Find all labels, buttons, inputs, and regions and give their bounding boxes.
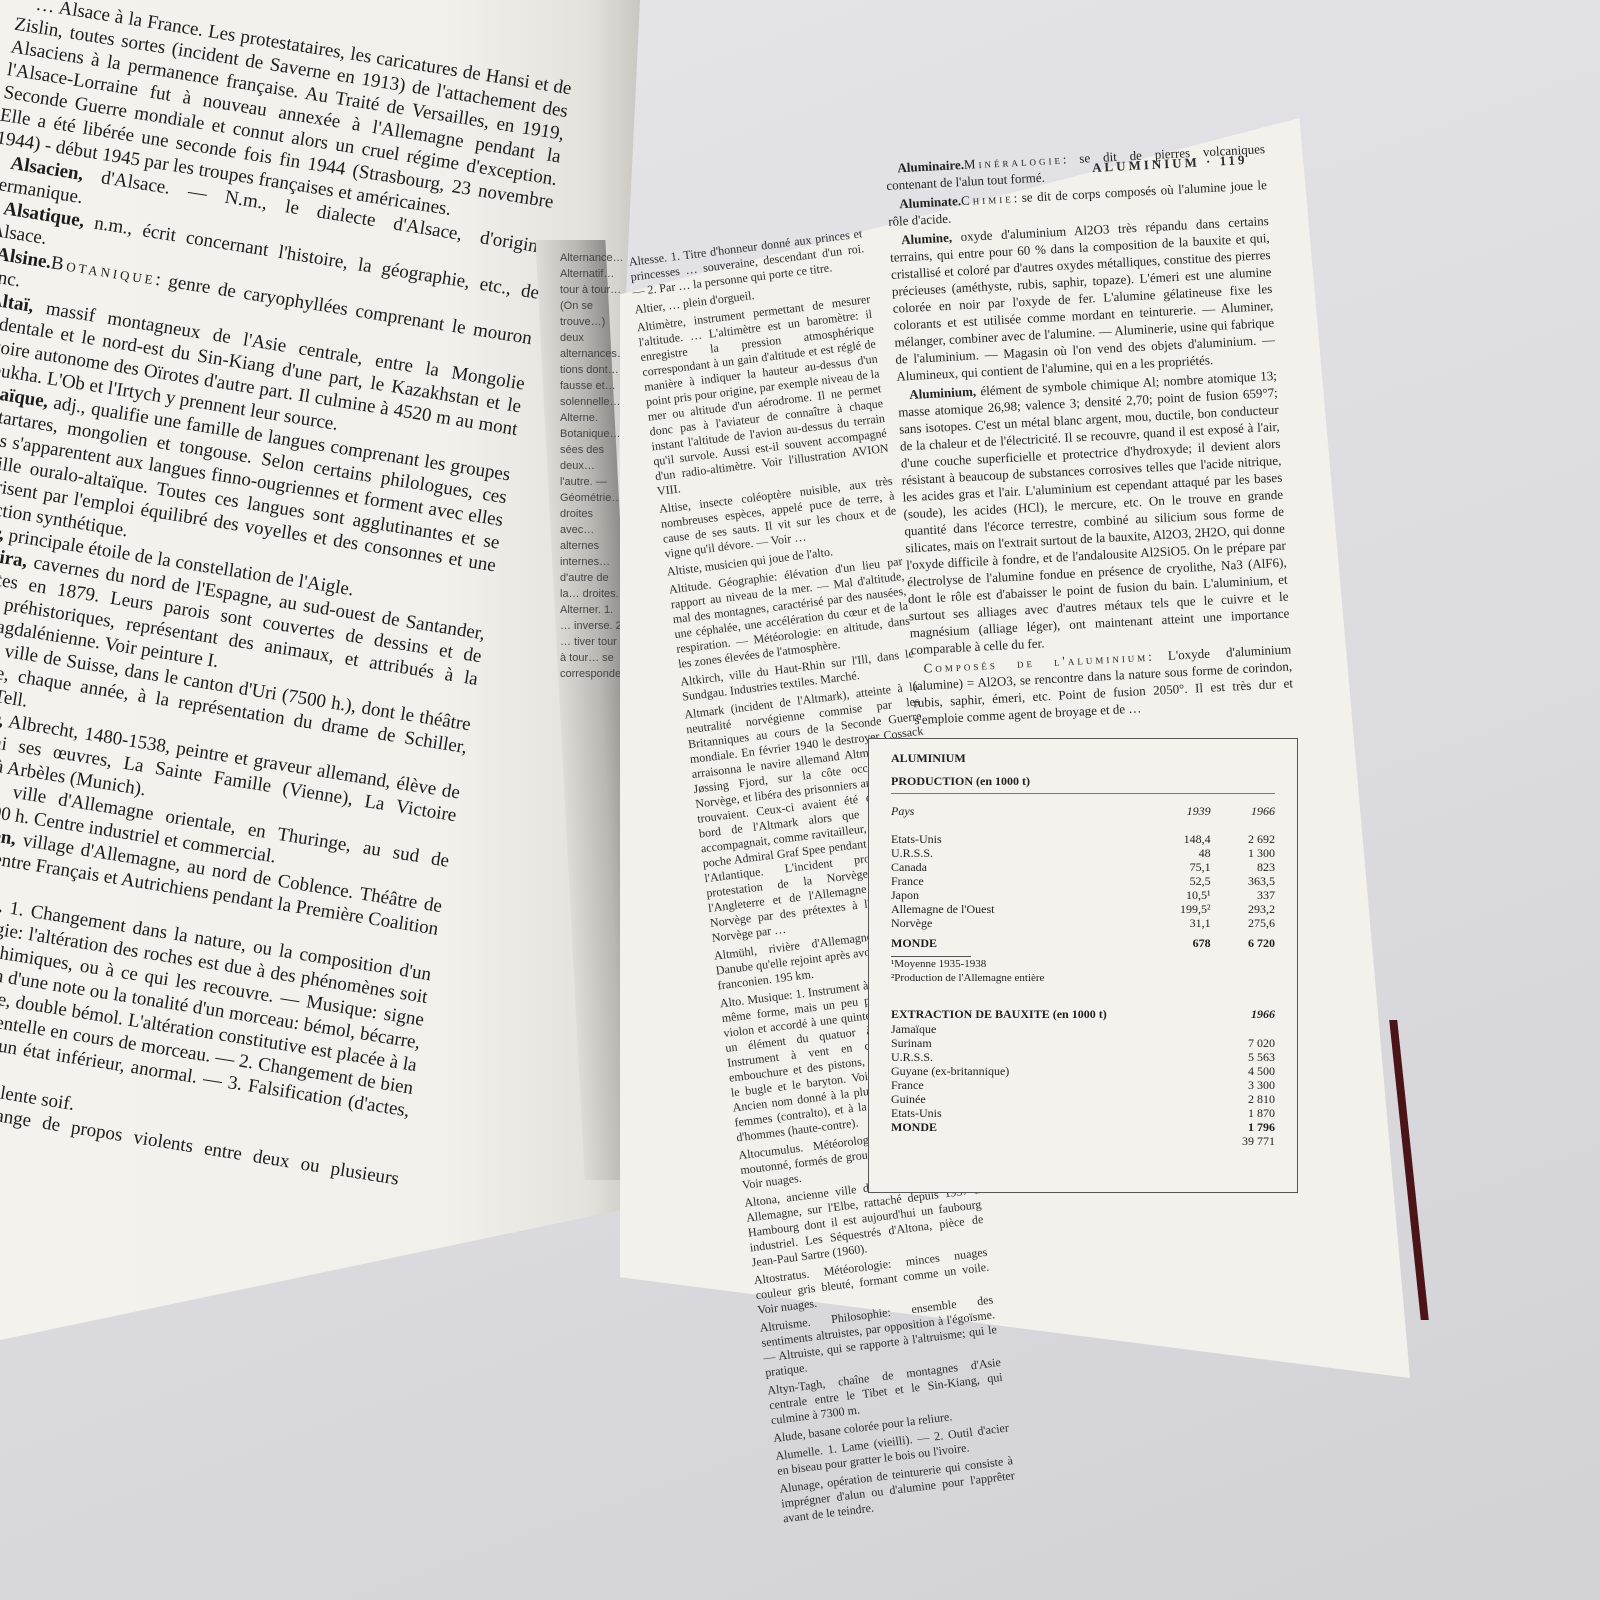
table-cell: U.R.S.S. [891,1050,1191,1064]
table-cell: Etats-Unis [891,832,1138,846]
table-cell: 678 [1138,930,1211,950]
aluminium-statistics-box: ALUMINIUM PRODUCTION (en 1000 t) Pays 19… [868,738,1298,1193]
table-header-row: Pays 1939 1966 [891,798,1275,826]
table-row: Canada75,1823 [891,860,1275,874]
table-cell: Canada [891,860,1138,874]
table-cell: 48 [1138,846,1211,860]
header-cell: 1966 [1211,798,1275,826]
table-cell: Japon [891,888,1138,902]
entry-domain-label: Chimie [961,190,1014,208]
table-cell: 5 563 [1191,1050,1275,1064]
footnote-1: ¹Moyenne 1935-1938 [891,957,1275,971]
table-row: Guyane (ex-britannique)4 500 [891,1064,1275,1078]
table-cell: France [891,1078,1191,1092]
table-title: ALUMINIUM [891,751,1275,766]
gutter-column-text: Alternance… Alternatif… tour à tour… (On… [560,250,625,1170]
bauxite-header: EXTRACTION DE BAUXITE (en 1000 t) 1966 [891,1007,1275,1022]
footnotes: ¹Moyenne 1935-1938 ²Production de l'Alle… [891,956,1275,985]
table-cell: 6 720 [1211,930,1275,950]
table-cell: MONDE [891,1120,1191,1134]
table-cell: Norvège [891,916,1138,930]
table-cell: 7 020 [1191,1036,1275,1050]
table-cell: 4 500 [1191,1064,1275,1078]
table-cell: France [891,874,1138,888]
table-row: Etats-Unis1 870 [891,1106,1275,1120]
table-row: U.R.S.S.481 300 [891,846,1275,860]
entry-domain-label: Minéralogie [964,152,1064,172]
header-cell: Pays [891,798,1138,826]
entry-headword: Alumine, [901,230,953,248]
table-cell: 823 [1211,860,1275,874]
table-cell: 2 692 [1211,832,1275,846]
world-total-row: MONDE6786 720 [891,930,1275,950]
table-cell: 275,6 [1211,916,1275,930]
header-cell: 1939 [1138,798,1211,826]
table-row: Japon10,5¹337 [891,888,1275,902]
entry-headword: Aluminium, [909,384,977,402]
entry-text: élément de symbole chimique Al; nombre a… [898,368,1290,658]
table-row: France52,5363,5 [891,874,1275,888]
table-cell: 52,5 [1138,874,1211,888]
dictionary-entry: Aluminium, élément de symbole chimique A… [897,367,1291,659]
right-page-column-b: Aluminaire.Minéralogie: se dit de pierre… [885,140,1294,730]
table-cell: Etats-Unis [891,1106,1191,1120]
table-cell: 148,4 [1138,832,1211,846]
bauxite-subtitle: EXTRACTION DE BAUXITE (en 1000 t) [891,1007,1107,1022]
table-cell: 337 [1211,888,1275,902]
bauxite-year: 1966 [1251,1007,1275,1022]
table-cell: 1 300 [1211,846,1275,860]
footnote-2: ²Production de l'Allemagne entière [891,971,1275,985]
table-cell: U.R.S.S. [891,846,1138,860]
table-row: France3 300 [891,1078,1275,1092]
table-row: MONDE1 796 [891,1120,1275,1134]
table-cell [891,1134,1191,1148]
table-cell: 293,2 [1211,902,1275,916]
table-row: Guinée2 810 [891,1092,1275,1106]
table-cell: 31,1 [1138,916,1211,930]
table-cell: Surinam [891,1036,1191,1050]
table-cell: MONDE [891,930,1138,950]
table-cell: 75,1 [1138,860,1211,874]
table-cell: Allemagne de l'Ouest [891,902,1138,916]
table-cell: 2 810 [1191,1092,1275,1106]
table-cell: 1 796 [1191,1120,1275,1134]
table-cell: Guyane (ex-britannique) [891,1064,1191,1078]
dictionary-entry: Alumine, oxyde d'aluminium Al2O3 très ré… [889,212,1276,385]
entry-headword: Aluminate. [899,193,961,211]
table-row: Surinam7 020 [891,1036,1275,1050]
table-cell: Guinée [891,1092,1191,1106]
table-row: Jamaïque [891,1022,1275,1036]
table-row: Etats-Unis148,42 692 [891,832,1275,846]
bauxite-table: JamaïqueSurinam7 020U.R.S.S.5 563Guyane … [891,1022,1275,1148]
table-row: U.R.S.S.5 563 [891,1050,1275,1064]
entry-headword: Aluminaire. [897,157,964,175]
table-row: 39 771 [891,1134,1275,1148]
table-cell: 1 870 [1191,1106,1275,1120]
table-cell: 39 771 [1191,1134,1275,1148]
divider [891,793,1275,794]
table-cell: 363,5 [1211,874,1275,888]
table-cell: Jamaïque [891,1022,1191,1036]
table-cell: 199,5² [1138,902,1211,916]
dictionary-entry: Altimètre, instrument permettant de mesu… [636,292,891,499]
table-cell: 10,5¹ [1138,888,1211,902]
table-row: Norvège31,1275,6 [891,916,1275,930]
production-table: Pays 1939 1966 Etats-Unis148,42 692U.R.S… [891,798,1275,950]
table-cell: 3 300 [1191,1078,1275,1092]
table-row: Allemagne de l'Ouest199,5²293,2 [891,902,1275,916]
table-cell [1191,1022,1275,1036]
production-subtitle: PRODUCTION (en 1000 t) [891,774,1275,789]
